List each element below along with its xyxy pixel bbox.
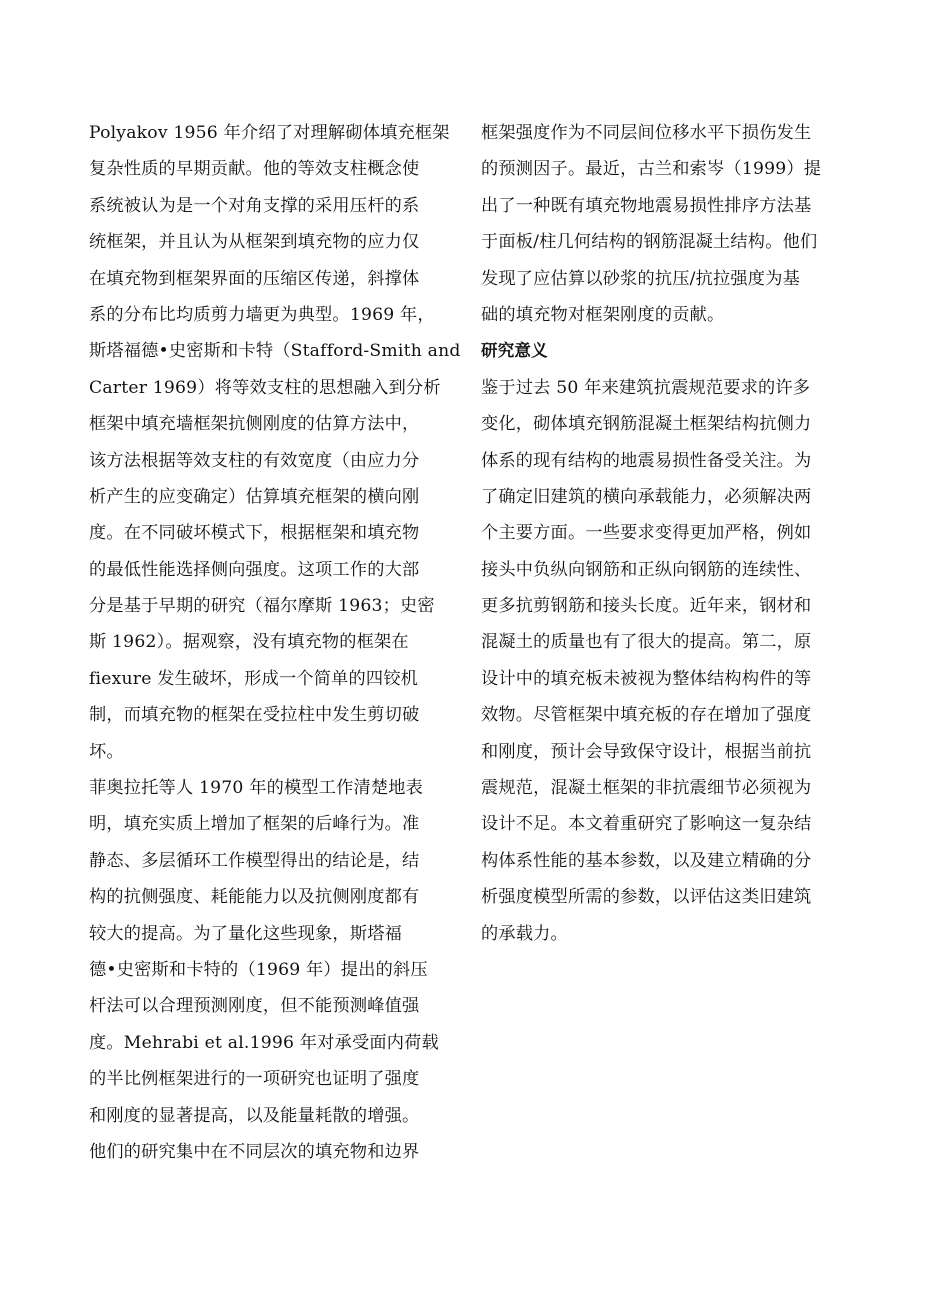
text-line: 制，而填充物的框架在受拉柱中发生剪切破: [89, 697, 449, 733]
text-line: 接头中负纵向钢筋和正纵向钢筋的连续性、: [481, 552, 841, 588]
text-line: 斯 1962）。据观察，没有填充物的框架在: [89, 624, 449, 660]
text-line: 他们的研究集中在不同层次的填充物和边界: [89, 1134, 449, 1170]
text-line: 设计不足。本文着重研究了影响这一复杂结: [481, 806, 841, 842]
text-line: 于面板/柱几何结构的钢筋混凝土结构。他们: [481, 224, 841, 260]
paragraph-equivalent-strut-history: Polyakov 1956 年介绍了对理解砌体填充框架 复杂性质的早期贡献。他的…: [89, 115, 449, 770]
text-line: 构的抗侧强度、耗能能力以及抗侧刚度都有: [89, 879, 449, 915]
text-line: 个主要方面。一些要求变得更加严格，例如: [481, 515, 841, 551]
text-line: fiexure 发生破坏，形成一个简单的四铰机: [89, 661, 449, 697]
text-line: 析强度模型所需的参数，以评估这类旧建筑: [481, 879, 841, 915]
text-line: 系的分布比均质剪力墙更为典型。1969 年，: [89, 297, 449, 333]
left-column: Polyakov 1956 年介绍了对理解砌体填充框架 复杂性质的早期贡献。他的…: [89, 115, 449, 1170]
text-line: 变化，砌体填充钢筋混凝土框架结构抗侧力: [481, 406, 841, 442]
document-page: Polyakov 1956 年介绍了对理解砌体填充框架 复杂性质的早期贡献。他的…: [0, 0, 926, 1309]
text-line: 构体系性能的基本参数，以及建立精确的分: [481, 843, 841, 879]
text-line: 框架中填充墙框架抗侧刚度的估算方法中，: [89, 406, 449, 442]
text-line: 明，填充实质上增加了框架的后峰行为。准: [89, 806, 449, 842]
text-line: 坏。: [89, 734, 449, 770]
text-line: 发现了应估算以砂浆的抗压/抗拉强度为基: [481, 261, 841, 297]
text-line: 斯塔福德•史密斯和卡特（Stafford-Smith and: [89, 333, 449, 369]
text-line: 体系的现有结构的地震易损性备受关注。为: [481, 443, 841, 479]
text-line: 了确定旧建筑的横向承载能力，必须解决两: [481, 479, 841, 515]
text-line: 混凝土的质量也有了很大的提高。第二，原: [481, 624, 841, 660]
paragraph-model-work-findings: 菲奥拉托等人 1970 年的模型工作清楚地表 明，填充实质上增加了框架的后峰行为…: [89, 770, 449, 1170]
text-line: 杆法可以合理预测刚度，但不能预测峰值强: [89, 988, 449, 1024]
text-line: 出了一种既有填充物地震易损性排序方法基: [481, 188, 841, 224]
text-line: 的承载力。: [481, 916, 841, 952]
text-line: 的最低性能选择侧向强度。这项工作的大部: [89, 552, 449, 588]
text-line: 该方法根据等效支柱的有效宽度（由应力分: [89, 443, 449, 479]
text-line: 德•史密斯和卡特的（1969 年）提出的斜压: [89, 952, 449, 988]
paragraph-continuation: 框架强度作为不同层间位移水平下损伤发生 的预测因子。最近，古兰和索岑（1999）…: [481, 115, 841, 333]
text-line: Carter 1969）将等效支柱的思想融入到分析: [89, 370, 449, 406]
text-line: 析产生的应变确定）估算填充框架的横向刚: [89, 479, 449, 515]
text-line: 框架强度作为不同层间位移水平下损伤发生: [481, 115, 841, 151]
text-line: 的半比例框架进行的一项研究也证明了强度: [89, 1061, 449, 1097]
text-line: 和刚度的显著提高，以及能量耗散的增强。: [89, 1098, 449, 1134]
text-line: 鉴于过去 50 年来建筑抗震规范要求的许多: [481, 370, 841, 406]
text-line: 度。Mehrabi et al.1996 年对承受面内荷载: [89, 1025, 449, 1061]
text-line: 效物。尽管框架中填充板的存在增加了强度: [481, 697, 841, 733]
text-line: 较大的提高。为了量化这些现象，斯塔福: [89, 916, 449, 952]
text-line: 复杂性质的早期贡献。他的等效支柱概念使: [89, 151, 449, 187]
text-line: 静态、多层循环工作模型得出的结论是，结: [89, 843, 449, 879]
text-line: 度。在不同破坏模式下，根据框架和填充物: [89, 515, 449, 551]
section-heading: 研究意义: [481, 333, 841, 369]
text-line: 的预测因子。最近，古兰和索岑（1999）提: [481, 151, 841, 187]
text-line: 震规范，混凝土框架的非抗震细节必须视为: [481, 770, 841, 806]
text-line: 更多抗剪钢筋和接头长度。近年来，钢材和: [481, 588, 841, 624]
text-line: Polyakov 1956 年介绍了对理解砌体填充框架: [89, 115, 449, 151]
text-line: 在填充物到框架界面的压缩区传递，斜撑体: [89, 261, 449, 297]
paragraph-research-significance: 鉴于过去 50 年来建筑抗震规范要求的许多 变化，砌体填充钢筋混凝土框架结构抗侧…: [481, 370, 841, 952]
text-line: 统框架，并且认为从框架到填充物的应力仅: [89, 224, 449, 260]
text-line: 和刚度，预计会导致保守设计，根据当前抗: [481, 734, 841, 770]
text-line: 菲奥拉托等人 1970 年的模型工作清楚地表: [89, 770, 449, 806]
text-line: 础的填充物对框架刚度的贡献。: [481, 297, 841, 333]
text-line: 设计中的填充板未被视为整体结构构件的等: [481, 661, 841, 697]
right-column: 框架强度作为不同层间位移水平下损伤发生 的预测因子。最近，古兰和索岑（1999）…: [481, 115, 841, 952]
text-line: 系统被认为是一个对角支撑的采用压杆的系: [89, 188, 449, 224]
text-line: 分是基于早期的研究（福尔摩斯 1963；史密: [89, 588, 449, 624]
